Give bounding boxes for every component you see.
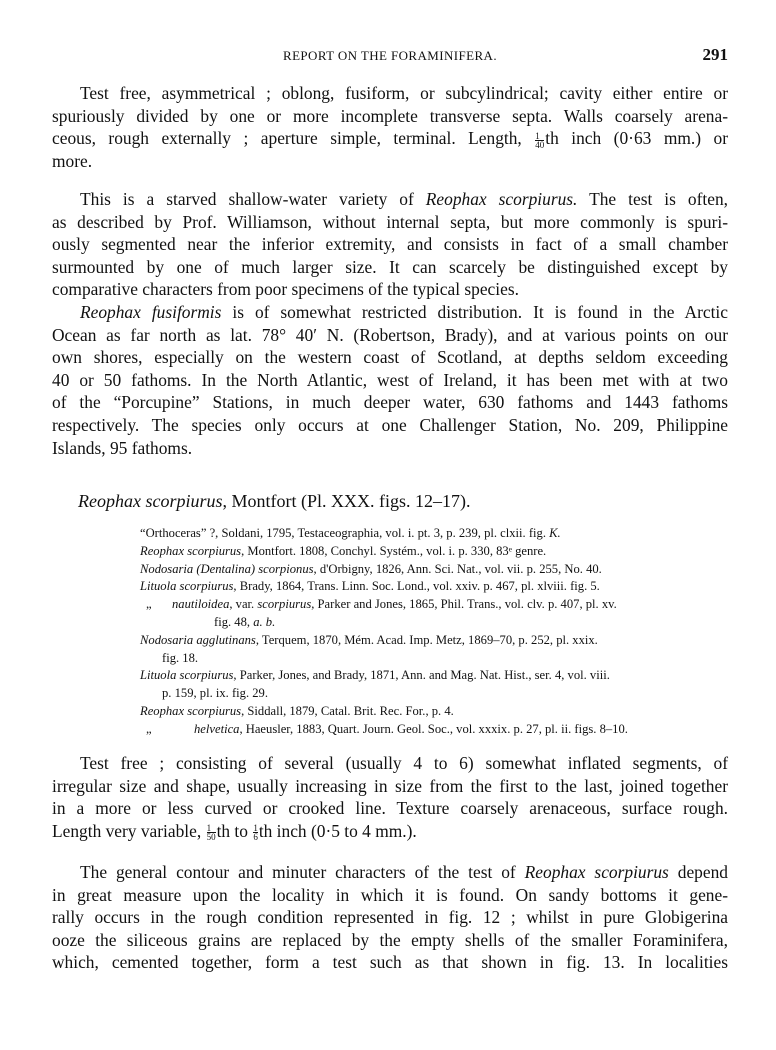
synonymy-entry: Reophax scorpiurus, Montfort. 1808, Conc… bbox=[140, 543, 725, 561]
paragraph-description: Test free, asymmetrical ; oblong, fusifo… bbox=[52, 82, 728, 172]
synonymy-entry: Nodosaria (Dentalina) scorpionus, d'Orbi… bbox=[140, 561, 725, 579]
species-heading: Reophax scorpiurus, Montfort (Pl. XXX. f… bbox=[78, 491, 470, 512]
synonymy-entry-continuation: fig. 48, a. b. bbox=[140, 614, 725, 632]
synonymy-entry-continuation: fig. 18. bbox=[140, 650, 725, 668]
synonymy-entry: „helvetica, Haeusler, 1883, Quart. Journ… bbox=[140, 721, 725, 739]
fraction: 140 bbox=[535, 132, 544, 149]
paragraph-test-description: Test free ; consisting of several (usual… bbox=[52, 752, 728, 842]
synonymy-entry: “Orthoceras” ?, Soldani, 1795, Testaceog… bbox=[140, 525, 725, 543]
synonymy-entry: Nodosaria agglutinans, Terquem, 1870, Mé… bbox=[140, 632, 725, 650]
ditto-mark: „ bbox=[140, 596, 172, 614]
fraction: 150 bbox=[207, 824, 216, 841]
document-page: REPORT ON THE FORAMINIFERA. 291 Test fre… bbox=[0, 0, 776, 1050]
page-header: REPORT ON THE FORAMINIFERA. 291 bbox=[52, 45, 728, 67]
synonymy-entry: Lituola scorpiurus, Brady, 1864, Trans. … bbox=[140, 578, 725, 596]
paragraph-distribution: Reophax fusiformis is of somewhat restri… bbox=[52, 301, 728, 459]
paragraph-variety: This is a starved shallow-water variety … bbox=[52, 188, 728, 301]
synonymy-list: “Orthoceras” ?, Soldani, 1795, Testaceog… bbox=[140, 525, 725, 739]
page-number: 291 bbox=[703, 45, 729, 65]
synonymy-entry: Lituola scorpiurus, Parker, Jones, and B… bbox=[140, 667, 725, 685]
synonymy-entry-continuation: p. 159, pl. ix. fig. 29. bbox=[140, 685, 725, 703]
synonymy-entry: Reophax scorpiurus, Siddall, 1879, Catal… bbox=[140, 703, 725, 721]
paragraph-contour: The general contour and minuter characte… bbox=[52, 861, 728, 974]
ditto-mark: „ bbox=[140, 721, 194, 739]
running-title: REPORT ON THE FORAMINIFERA. bbox=[52, 48, 728, 64]
synonymy-entry: „nautiloidea, var. scorpiurus, Parker an… bbox=[140, 596, 725, 614]
fraction: 16 bbox=[253, 824, 258, 841]
